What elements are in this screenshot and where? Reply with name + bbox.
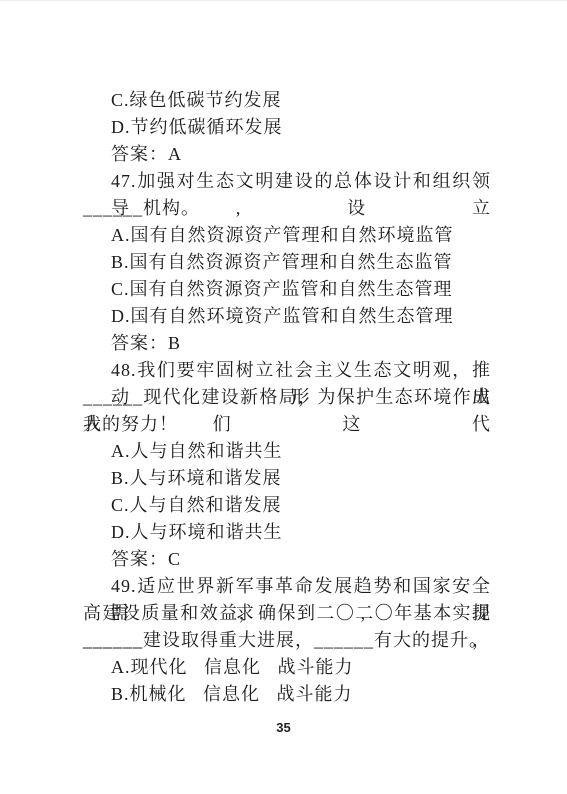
q48-answer: 答案：C — [83, 546, 491, 573]
scan-artifact-dot — [483, 611, 486, 614]
q46-option-d: D.节约低碳循环发展 — [83, 114, 491, 141]
q47-option-a: A.国有自然资源资产管理和自然环境监管 — [83, 222, 491, 249]
q47-option-c: C.国有自然资源资产监管和自然生态管理 — [83, 276, 491, 303]
q49-stem-line3: ______建设取得重大进展，______有大的提升。 — [83, 627, 491, 654]
q49-option-a: A.现代化 信息化 战斗能力 — [83, 654, 491, 681]
q46-option-c: C.绿色低碳节约发展 — [83, 87, 491, 114]
q49-stem-line1: 49.适应世界新军事革命发展趋势和国家安全需求,提 — [83, 573, 491, 600]
q48-option-c: C.人与自然和谐发展 — [83, 492, 491, 519]
q48-option-a: A.人与自然和谐共生 — [83, 438, 491, 465]
page-number: 35 — [0, 720, 567, 735]
q49-option-b: B.机械化 信息化 战斗能力 — [83, 681, 491, 708]
q48-option-b: B.人与环境和谐发展 — [83, 465, 491, 492]
q47-answer: 答案：B — [83, 330, 491, 357]
q48-stem-line1: 48.我们要牢固树立社会主义生态文明观，推动形成 — [83, 357, 491, 384]
q47-stem-line1: 47.加强对生态文明建设的总体设计和组织领导,设立 — [83, 168, 491, 195]
q49-stem-line2: 高建设质量和效益，确保到二〇二〇年基本实现______， — [83, 600, 491, 627]
document-body: C.绿色低碳节约发展 D.节约低碳循环发展 答案：A 47.加强对生态文明建设的… — [83, 87, 491, 708]
q47-option-b: B.国有自然资源资产管理和自然生态监管 — [83, 249, 491, 276]
q48-stem-line2: ______现代化建设新格局，为保护生态环境作出我们这代 — [83, 384, 491, 411]
q48-option-d: D.人与环境和谐共生 — [83, 519, 491, 546]
q47-option-d: D.国有自然环境资产监管和自然生态管理 — [83, 303, 491, 330]
q46-answer: 答案：A — [83, 141, 491, 168]
scanned-document-page: C.绿色低碳节约发展 D.节约低碳循环发展 答案：A 47.加强对生态文明建设的… — [0, 0, 567, 794]
